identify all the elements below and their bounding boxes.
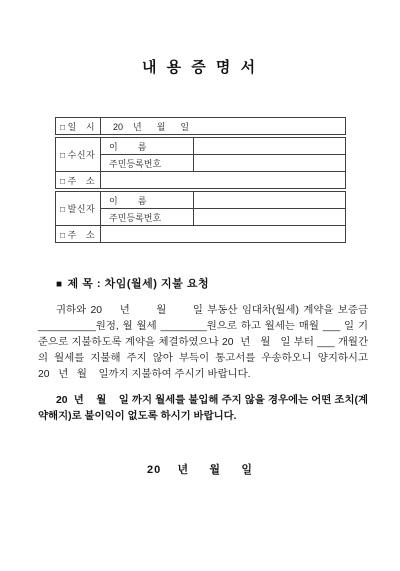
sender-address-value: [101, 226, 346, 243]
recipient-name-label: 이 름: [101, 138, 194, 155]
subject-text: 제 목 : 차임(월세) 지불 요청: [68, 278, 210, 290]
recipient-address-value: [101, 172, 346, 189]
sender-name-label: 이 름: [101, 192, 194, 209]
recipient-table: □수신자 이 름 주민등록번호 □주 소: [55, 137, 346, 189]
sender-name-value: [194, 192, 346, 209]
checkbox-icon: □: [60, 176, 66, 186]
recipient-name-value: [194, 138, 346, 155]
footer-date: 20 년 월 일: [0, 461, 400, 477]
sender-label: 발신자: [68, 204, 96, 214]
sender-id-value: [194, 209, 346, 226]
recipient-address-label-cell: □주 소: [56, 172, 101, 189]
header-form: □일 시 20 년 월 일 □수신자 이 름 주민등록번호 □주 소: [55, 117, 346, 243]
sender-table: □발신자 이 름 주민등록번호 □주 소: [55, 191, 346, 243]
sender-address-label: 주 소: [68, 230, 95, 240]
checkbox-icon: □: [60, 230, 66, 240]
date-label: 일 시: [68, 122, 95, 132]
recipient-address-label: 주 소: [68, 176, 95, 186]
recipient-id-value: [194, 155, 346, 172]
page-title: 내 용 증 명 서: [0, 0, 400, 77]
checkbox-icon: □: [60, 204, 66, 214]
subject-line: ■제 목 : 차임(월세) 지불 요청: [56, 275, 400, 291]
date-value: 20 년 월 일: [101, 118, 346, 135]
date-table: □일 시 20 년 월 일: [55, 117, 346, 135]
sender-address-label-cell: □주 소: [56, 226, 101, 243]
date-label-cell: □일 시: [56, 118, 101, 135]
recipient-label-cell: □수신자: [56, 138, 101, 172]
body-paragraph-1: 귀하와 20 년 월 일 부동산 임대차(월세) 계약을 보증금 _______…: [38, 303, 368, 383]
subject-bullet-icon: ■: [56, 279, 63, 290]
table-row: □일 시 20 년 월 일: [56, 118, 346, 135]
sender-id-label: 주민등록번호: [101, 209, 194, 226]
table-row: □발신자 이 름: [56, 192, 346, 209]
recipient-label: 수신자: [68, 150, 96, 160]
document-page: 내 용 증 명 서 □일 시 20 년 월 일 □수신자 이 름 주민등록번호: [0, 0, 400, 571]
table-row: □주 소: [56, 172, 346, 189]
body-paragraph-2: 20 년 월 일 까지 월세를 불입해 주지 않을 경우에는 어떤 조치(계약해…: [38, 393, 368, 425]
sender-label-cell: □발신자: [56, 192, 101, 226]
recipient-id-label: 주민등록번호: [101, 155, 194, 172]
checkbox-icon: □: [60, 122, 66, 132]
checkbox-icon: □: [60, 150, 66, 160]
table-row: □수신자 이 름: [56, 138, 346, 155]
table-row: □주 소: [56, 226, 346, 243]
